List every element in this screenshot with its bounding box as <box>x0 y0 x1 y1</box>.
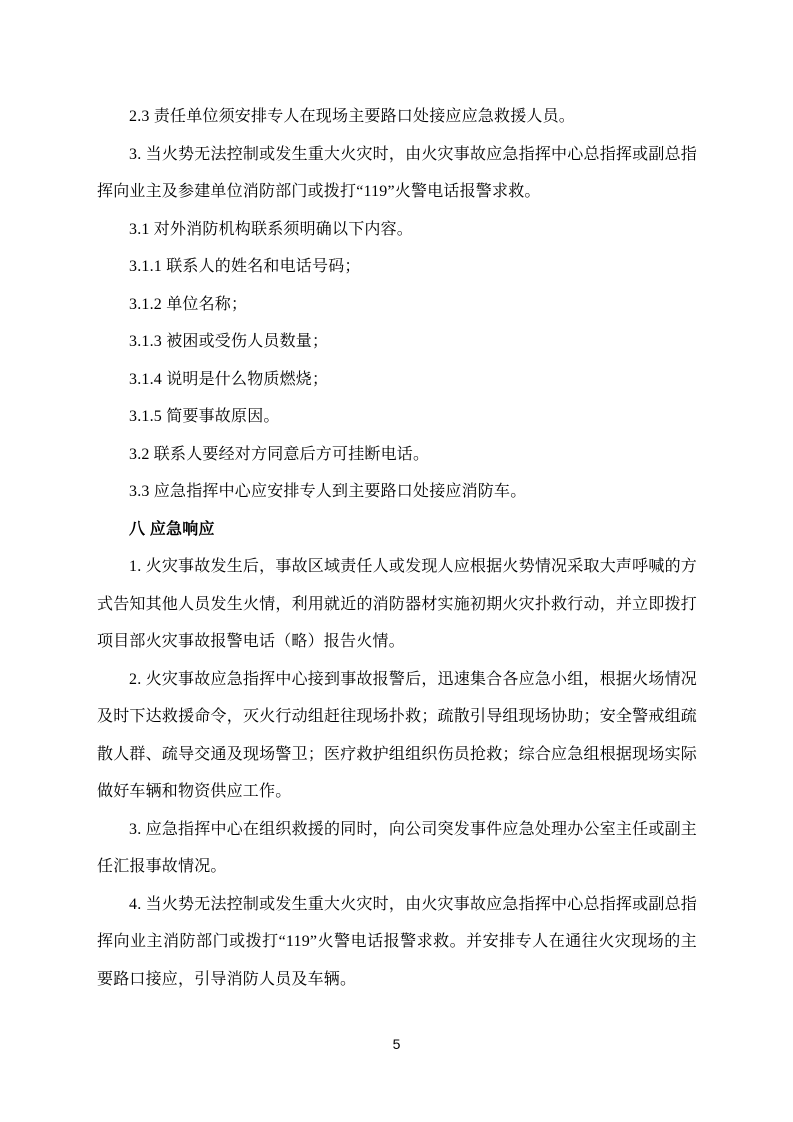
paragraph: 3. 当火势无法控制或发生重大火灾时，由火灾事故应急指挥中心总指挥或副总指挥向业… <box>97 136 697 211</box>
document-page: 2.3 责任单位须安排专人在现场主要路口处接应应急救援人员。3. 当火势无法控制… <box>0 0 793 1122</box>
document-body: 2.3 责任单位须安排专人在现场主要路口处接应应急救援人员。3. 当火势无法控制… <box>97 98 697 998</box>
paragraph: 2.3 责任单位须安排专人在现场主要路口处接应应急救援人员。 <box>97 98 697 136</box>
paragraph: 1. 火灾事故发生后，事故区域责任人或发现人应根据火势情况采取大声呼喊的方式告知… <box>97 548 697 661</box>
paragraph: 3.2 联系人要经对方同意后方可挂断电话。 <box>97 436 697 474</box>
paragraph: 3.1.2 单位名称； <box>97 286 697 324</box>
paragraph: 3.1.5 简要事故原因。 <box>97 398 697 436</box>
paragraph: 4. 当火势无法控制或发生重大火灾时，由火灾事故应急指挥中心总指挥或副总指挥向业… <box>97 886 697 999</box>
paragraph: 3. 应急指挥中心在组织救援的同时，向公司突发事件应急处理办公室主任或副主任汇报… <box>97 811 697 886</box>
paragraph: 3.1.4 说明是什么物质燃烧； <box>97 361 697 399</box>
paragraph: 3.1 对外消防机构联系须明确以下内容。 <box>97 211 697 249</box>
paragraph: 3.1.1 联系人的姓名和电话号码； <box>97 248 697 286</box>
page-number: 5 <box>0 1036 793 1052</box>
paragraph: 3.1.3 被困或受伤人员数量； <box>97 323 697 361</box>
section-heading: 八 应急响应 <box>97 511 697 549</box>
paragraph: 3.3 应急指挥中心应安排专人到主要路口处接应消防车。 <box>97 473 697 511</box>
paragraph: 2. 火灾事故应急指挥中心接到事故报警后，迅速集合各应急小组，根据火场情况及时下… <box>97 661 697 811</box>
